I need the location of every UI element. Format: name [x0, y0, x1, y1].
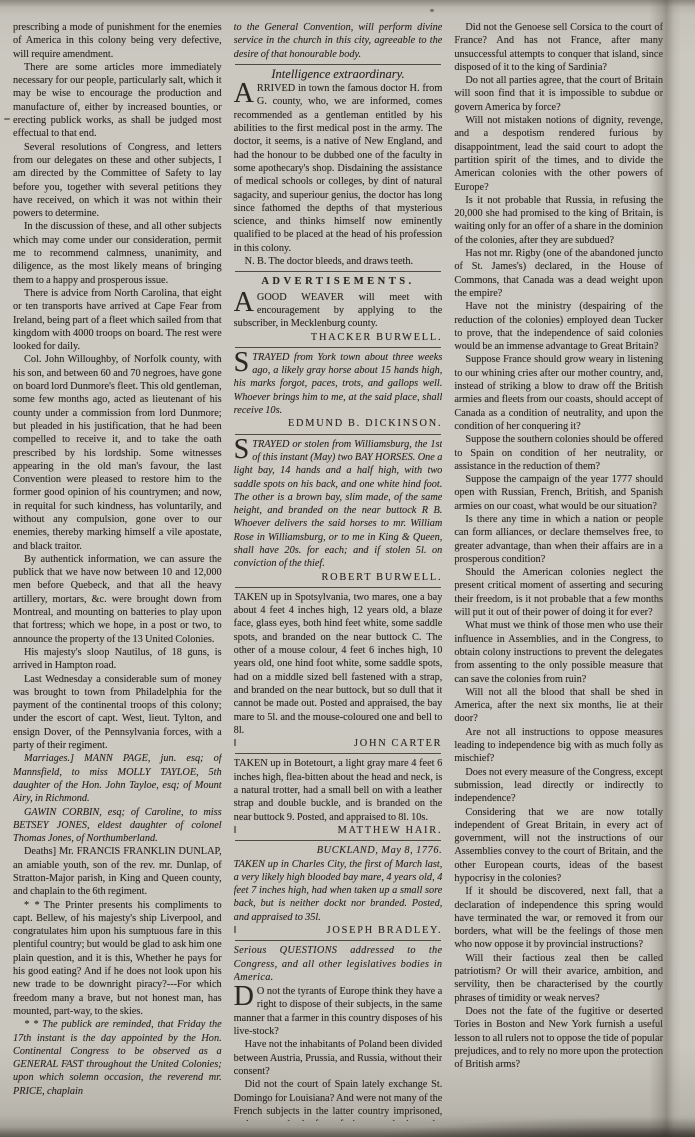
signature-line: ‖MATTHEW HAIR.: [234, 824, 443, 837]
newspaper-page-scan: prescribing a mode of punishment for the…: [0, 0, 695, 1137]
text-run: Will not mistaken notions of dignity, re…: [454, 115, 663, 192]
signature-line: ‖JOHN CARTER: [234, 737, 443, 750]
article-paragraph: * *The Printer presents his compliments …: [13, 899, 222, 1019]
signature-name: JOHN CARTER: [354, 737, 442, 750]
text-run: In the discussion of these, and all othe…: [13, 221, 222, 285]
text-run: Have not the ministry (despairing of the…: [454, 301, 663, 352]
article-paragraph: Col. John Willoughby, of Norfolk county,…: [13, 353, 222, 552]
signature-line: THACKER BURWELL.: [234, 331, 443, 344]
column-rule: [235, 753, 442, 754]
column-rule: [235, 271, 442, 272]
article-paragraph: N. B. The doctor bleeds, and draws teeth…: [234, 255, 443, 268]
text-run: BUCKLAND, May 8, 1776.: [317, 845, 443, 856]
text-run: There is advice from North Carolina, tha…: [13, 288, 222, 352]
column-3: Did not the Genoese sell Corsica to the …: [454, 21, 663, 1121]
article-paragraph: Deaths] Mr. FRANCIS FRANKLIN DUNLAP, an …: [13, 845, 222, 898]
article-paragraph: Did not the court of Spain lately exchan…: [234, 1078, 443, 1121]
column-1: prescribing a mode of punishment for the…: [13, 21, 222, 1121]
article-paragraph: Are not all instructions to oppose measu…: [454, 726, 663, 766]
text-run: Should the American colonies neglect the…: [454, 567, 663, 618]
text-run: to the General Convention, will perform …: [234, 22, 443, 60]
text-run: The publick are reminded, that Friday th…: [13, 1019, 222, 1096]
dateline: BUCKLAND, May 8, 1776.: [234, 844, 443, 857]
text-run: TAKEN up in Botetourt, a light gray mare…: [234, 758, 443, 822]
text-run: A GOOD WEAVER will meet with encourageme…: [234, 292, 443, 330]
text-run: Intelligence extraordinary.: [271, 67, 404, 81]
article-paragraph: STRAYED from York town about three weeks…: [234, 351, 443, 417]
article-paragraph: Have not the inhabitants of Poland been …: [234, 1038, 443, 1078]
article-paragraph: Considering that we are now totally inde…: [454, 806, 663, 886]
text-run: Will not all the blood that shall be she…: [454, 687, 663, 725]
article-paragraph: Suppose the southern colonies should be …: [454, 433, 663, 473]
signature-line: ROBERT BURWELL.: [234, 571, 443, 584]
column-rule: [235, 347, 442, 348]
text-run: Marriages.] MANN PAGE, jun. esq; of Mann…: [13, 753, 222, 804]
text-run: STRAYED from York town about three weeks…: [234, 352, 443, 416]
article-paragraph: prescribing a mode of punishment for the…: [13, 21, 222, 61]
column-rule: [235, 64, 442, 65]
article-paragraph: Do not all parties agree, that the court…: [454, 74, 663, 114]
article-paragraph: Did not the Genoese sell Corsica to the …: [454, 21, 663, 74]
column-rule: [235, 434, 442, 435]
article-paragraph: DO not the tyrants of Europe think they …: [234, 985, 443, 1038]
parallel-mark: ‖: [234, 737, 241, 750]
text-run: Last Wednesday a considerable sum of mon…: [13, 674, 222, 751]
column-rule: [235, 840, 442, 841]
text-run: ADVERTISEMENTS.: [261, 276, 414, 287]
article-paragraph: Last Wednesday a considerable sum of mon…: [13, 673, 222, 753]
article-paragraph: Does not every measure of the Congress, …: [454, 766, 663, 806]
text-run: Did not the court of Spain lately exchan…: [234, 1079, 443, 1121]
column-layout: prescribing a mode of punishment for the…: [13, 21, 663, 1121]
section-heading: Intelligence extraordinary.: [234, 68, 443, 81]
signature-line: ‖JOSEPH BRADLEY.: [234, 924, 443, 937]
text-run: Did not the Genoese sell Corsica to the …: [454, 22, 663, 73]
article-paragraph: TAKEN up in Spotsylvania, two mares, one…: [234, 591, 443, 737]
column-rule: [235, 587, 442, 588]
text-run: N. B. The doctor bleeds, and draws teeth…: [245, 256, 413, 267]
text-run: prescribing a mode of punishment for the…: [13, 22, 222, 60]
article-paragraph: If it should be discovered, next fall, t…: [454, 885, 663, 951]
text-run: Suppose the southern colonies should be …: [454, 434, 663, 472]
signature-line: EDMUND B. DICKINSON.: [234, 417, 443, 430]
text-run: Suppose France should grow weary in list…: [454, 354, 663, 431]
text-run: Do not all parties agree, that the court…: [454, 75, 663, 113]
text-run: Have not the inhabitants of Poland been …: [234, 1039, 443, 1077]
text-run: ARRIVED in town the famous doctor H. fro…: [234, 83, 443, 254]
article-paragraph: Will not mistaken notions of dignity, re…: [454, 114, 663, 194]
text-run: If it should be discovered, next fall, t…: [454, 886, 663, 950]
article-paragraph: What must we think of those men who use …: [454, 619, 663, 685]
ink-speck: [4, 118, 10, 120]
text-run: The Printer presents his compliments to …: [13, 900, 222, 1017]
article-paragraph: Does not the fate of the fugitive or des…: [454, 1005, 663, 1071]
article-paragraph: STRAYED or stolen from Williamsburg, the…: [234, 438, 443, 571]
article-paragraph: There are some articles more immediately…: [13, 61, 222, 141]
signature-name: EDMUND B. DICKINSON.: [288, 417, 442, 430]
text-run: Col. John Willoughby, of Norfolk county,…: [13, 354, 222, 551]
article-paragraph: ARRIVED in town the famous doctor H. fro…: [234, 82, 443, 255]
article-paragraph: TAKEN up in Botetourt, a light gray mare…: [234, 757, 443, 823]
article-paragraph: Is there any time in which a nation or p…: [454, 513, 663, 566]
signature-name: JOSEPH BRADLEY.: [327, 924, 443, 937]
article-paragraph: Have not the ministry (despairing of the…: [454, 300, 663, 353]
article-paragraph: By authentick information, we can assure…: [13, 553, 222, 646]
text-run: His majesty's sloop Nautilus, of 18 guns…: [13, 647, 222, 671]
column-rule: [235, 940, 442, 941]
article-paragraph: Is it not probable that Russia, in refus…: [454, 194, 663, 247]
text-run: What must we think of those men who use …: [454, 620, 663, 684]
signature-name: MATTHEW HAIR.: [338, 824, 443, 837]
article-paragraph: In the discussion of these, and all othe…: [13, 220, 222, 286]
text-run: There are some articles more immediately…: [13, 62, 222, 139]
text-run: STRAYED or stolen from Williamsburg, the…: [234, 439, 443, 570]
asterism-mark: * *: [24, 1019, 42, 1030]
asterism-mark: * *: [24, 900, 44, 911]
text-run: By authentick information, we can assure…: [13, 554, 222, 645]
signature-name: THACKER BURWELL.: [311, 331, 442, 344]
text-run: DO not the tyrants of Europe think they …: [234, 986, 443, 1037]
article-paragraph: His majesty's sloop Nautilus, of 18 guns…: [13, 646, 222, 673]
column-2: to the General Convention, will perform …: [234, 21, 443, 1121]
article-paragraph: * *The publick are reminded, that Friday…: [13, 1018, 222, 1098]
text-run: Are not all instructions to oppose measu…: [454, 727, 663, 765]
article-paragraph: to the General Convention, will perform …: [234, 21, 443, 61]
article-paragraph: Suppose France should grow weary in list…: [454, 353, 663, 433]
text-run: Considering that we are now totally inde…: [454, 807, 663, 884]
text-run: TAKEN up in Spotsylvania, two mares, one…: [234, 592, 443, 736]
text-run: Is there any time in which a nation or p…: [454, 514, 663, 565]
signature-name: ROBERT BURWELL.: [321, 571, 442, 584]
article-paragraph: Suppose the campaign of the year 1777 sh…: [454, 473, 663, 513]
article-paragraph: Should the American colonies neglect the…: [454, 566, 663, 619]
text-run: Does not the fate of the fugitive or des…: [454, 1006, 663, 1070]
text-run: Deaths] Mr. FRANCIS FRANKLIN DUNLAP, an …: [13, 846, 222, 897]
parallel-mark: ‖: [234, 824, 241, 837]
text-run: Has not mr. Rigby (one of the abandoned …: [454, 248, 663, 299]
article-paragraph: Will their factious zeal then be called …: [454, 952, 663, 1005]
article-paragraph: Several resolutions of Congress, and let…: [13, 141, 222, 221]
article-paragraph: TAKEN up in Charles City, the first of M…: [234, 858, 443, 924]
section-heading: Serious QUESTIONS addressed to the Congr…: [234, 944, 443, 984]
text-run: GAWIN CORBIN, esq; of Caroline, to miss …: [13, 807, 222, 845]
article-paragraph: Will not all the blood that shall be she…: [454, 686, 663, 726]
section-heading: ADVERTISEMENTS.: [234, 275, 443, 288]
article-paragraph: GAWIN CORBIN, esq; of Caroline, to miss …: [13, 806, 222, 846]
text-run: Is it not probable that Russia, in refus…: [454, 195, 663, 246]
parallel-mark: ‖: [234, 924, 241, 937]
ink-speck: [430, 9, 434, 12]
article-paragraph: There is advice from North Carolina, tha…: [13, 287, 222, 353]
article-paragraph: Marriages.] MANN PAGE, jun. esq; of Mann…: [13, 752, 222, 805]
text-run: Does not every measure of the Congress, …: [454, 767, 663, 805]
text-run: Serious QUESTIONS addressed to the Congr…: [234, 945, 443, 983]
text-run: Several resolutions of Congress, and let…: [13, 142, 222, 219]
text-run: TAKEN up in Charles City, the first of M…: [234, 859, 443, 923]
article-paragraph: A GOOD WEAVER will meet with encourageme…: [234, 291, 443, 331]
scan-shadow-bottom: [0, 1127, 695, 1137]
scan-shadow-top: [0, 0, 695, 7]
text-run: Will their factious zeal then be called …: [454, 953, 663, 1004]
article-paragraph: Has not mr. Rigby (one of the abandoned …: [454, 247, 663, 300]
text-run: Suppose the campaign of the year 1777 sh…: [454, 474, 663, 512]
